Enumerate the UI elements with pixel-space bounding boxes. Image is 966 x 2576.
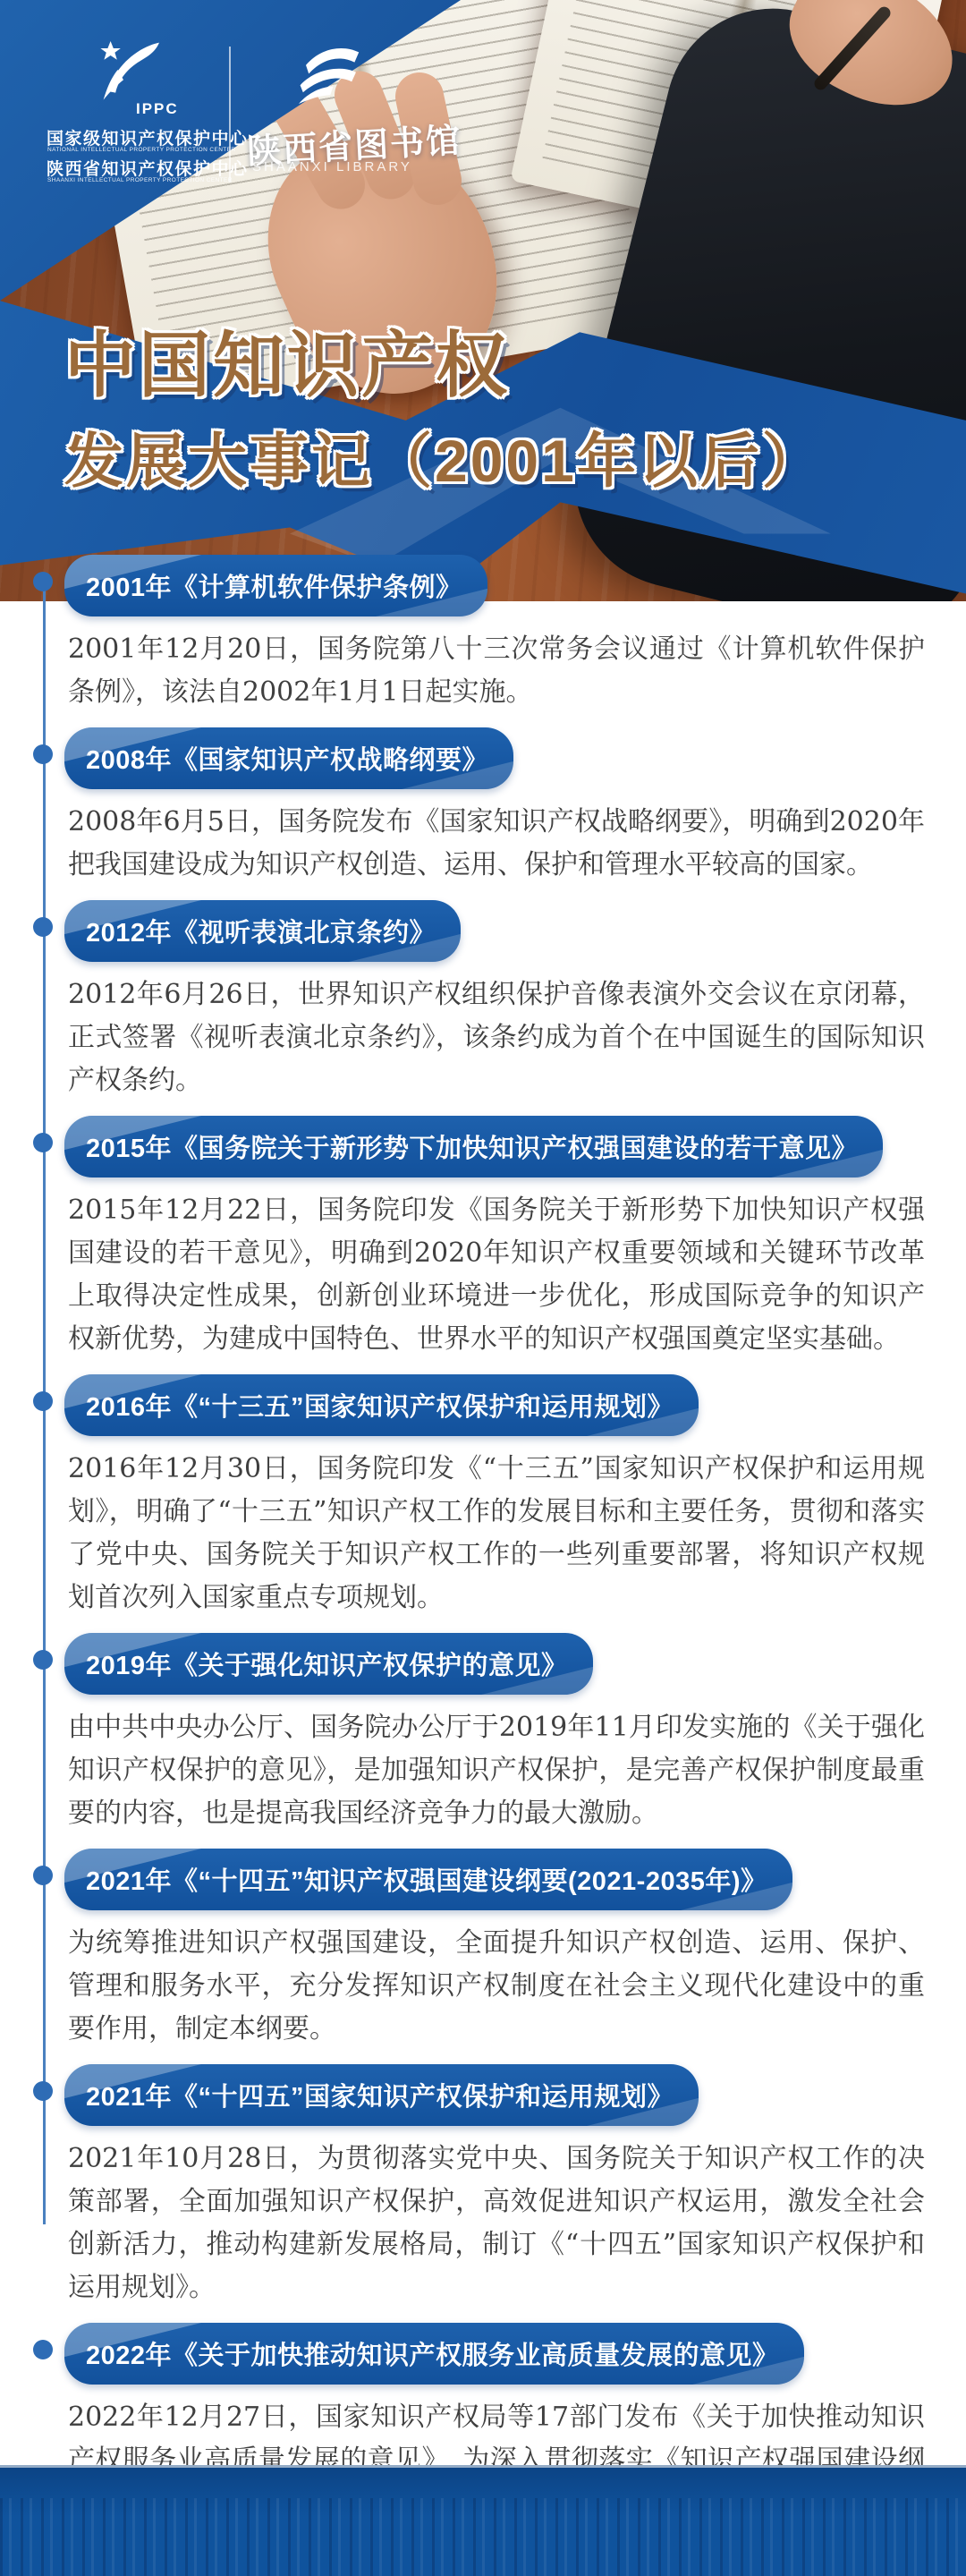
- year-title-pill: 2022年《关于加快推动知识产权服务业高质量发展的意见》: [64, 2323, 804, 2385]
- ippc-abbr: IPPC: [136, 100, 179, 118]
- year-title-pill: 2016年《“十三五”国家知识产权保护和运用规划》: [64, 1374, 699, 1436]
- timeline-section: 2001年《计算机软件保护条例》 2001年12月20日，国务院第八十三次常务会…: [64, 555, 927, 714]
- ippc-logo-icon: [89, 34, 172, 106]
- ippc-name-cn: 国家级知识产权保护中心: [47, 125, 249, 149]
- timeline-dot: [33, 2340, 53, 2359]
- timeline-dot: [33, 744, 53, 764]
- logo-group: IPPC 国家级知识产权保护中心 NATIONAL INTELLECTUAL P…: [0, 0, 465, 224]
- library-name-en: SHAANXI LIBRARY: [252, 159, 412, 174]
- year-title-label: 2008年《国家知识产权战略纲要》: [86, 746, 488, 775]
- poster-title-line2: 发展大事记（2001年以后）: [64, 413, 824, 498]
- timeline-section: 2021年《“十四五”知识产权强国建设纲要(2021-2035年)》 为统筹推进…: [64, 1849, 927, 2051]
- timeline-dot: [33, 1866, 53, 1885]
- timeline-dot: [33, 1133, 53, 1152]
- timeline-section: 2019年《关于强化知识产权保护的意见》 由中共中央办公厅、国务院办公厅于201…: [64, 1633, 927, 1835]
- year-title-pill: 2012年《视听表演北京条约》: [64, 900, 461, 962]
- year-title-label: 2021年《“十四五”知识产权强国建设纲要(2021-2035年)》: [86, 1867, 767, 1896]
- year-title-pill: 2008年《国家知识产权战略纲要》: [64, 727, 513, 789]
- event-description: 为统筹推进知识产权强国建设，全面提升知识产权创造、运用、保护、管理和服务水平，充…: [68, 1922, 925, 2051]
- year-title-pill: 2019年《关于强化知识产权保护的意见》: [64, 1633, 593, 1695]
- event-description: 2001年12月20日，国务院第八十三次常务会议通过《计算机软件保护条例》，该法…: [68, 628, 925, 714]
- year-title-pill: 2015年《国务院关于新形势下加快知识产权强国建设的若干意见》: [64, 1116, 883, 1177]
- year-title-label: 2012年《视听表演北京条约》: [86, 919, 436, 948]
- year-title-label: 2022年《关于加快推动知识产权服务业高质量发展的意见》: [86, 2342, 779, 2370]
- timeline-section: 2015年《国务院关于新形势下加快知识产权强国建设的若干意见》 2015年12月…: [64, 1116, 927, 1361]
- timeline-section: 2021年《“十四五”国家知识产权保护和运用规划》 2021年10月28日，为贯…: [64, 2064, 927, 2309]
- year-title-label: 2019年《关于强化知识产权保护的意见》: [86, 1652, 568, 1680]
- year-title-pill: 2001年《计算机软件保护条例》: [64, 555, 487, 616]
- year-title-label: 2015年《国务院关于新形势下加快知识产权强国建设的若干意见》: [86, 1135, 858, 1163]
- year-title-label: 2001年《计算机软件保护条例》: [86, 574, 462, 602]
- event-description: 由中共中央办公厅、国务院办公厅于2019年11月印发实施的《关于强化知识产权保护…: [68, 1706, 925, 1835]
- timeline-dot: [33, 2081, 53, 2101]
- timeline-section: 2016年《“十三五”国家知识产权保护和运用规划》 2016年12月30日，国务…: [64, 1374, 927, 1620]
- timeline-dot: [33, 1391, 53, 1411]
- event-description: 2008年6月5日，国务院发布《国家知识产权战略纲要》，明确到2020年把我国建…: [68, 801, 925, 887]
- event-description: 2015年12月22日，国务院印发《国务院关于新形势下加快知识产权强国建设的若干…: [68, 1189, 925, 1361]
- timeline-sections: 2001年《计算机软件保护条例》 2001年12月20日，国务院第八十三次常务会…: [0, 555, 966, 2576]
- year-title-label: 2016年《“十三五”国家知识产权保护和运用规划》: [86, 1393, 674, 1422]
- footer-curtain: [0, 2465, 966, 2576]
- library-logo-icon: [284, 36, 370, 115]
- timeline-section: 2012年《视听表演北京条约》 2012年6月26日，世界知识产权组织保护音像表…: [64, 900, 927, 1102]
- year-title-pill: 2021年《“十四五”国家知识产权保护和运用规划》: [64, 2064, 699, 2126]
- timeline-dot: [33, 917, 53, 937]
- timeline-dot: [33, 572, 53, 591]
- curtain-stripes: [0, 2498, 966, 2576]
- logo-divider: [229, 47, 231, 183]
- shaanxi-center-name-en: SHAANXI INTELLECTUAL PROPERTY PROTECTION…: [47, 177, 233, 183]
- event-description: 2016年12月30日，国务院印发《“十三五”国家知识产权保护和运用规划》，明确…: [68, 1448, 925, 1620]
- poster-page: IPPC 国家级知识产权保护中心 NATIONAL INTELLECTUAL P…: [0, 0, 966, 2576]
- timeline-section: 2008年《国家知识产权战略纲要》 2008年6月5日，国务院发布《国家知识产权…: [64, 727, 927, 887]
- shaanxi-center-name-cn: 陕西省知识产权保护中心: [47, 156, 249, 180]
- year-title-pill: 2021年《“十四五”知识产权强国建设纲要(2021-2035年)》: [64, 1849, 792, 1910]
- year-title-label: 2021年《“十四五”国家知识产权保护和运用规划》: [86, 2083, 674, 2112]
- poster-title-line1: 中国知识产权: [64, 308, 510, 411]
- event-description: 2012年6月26日，世界知识产权组织保护音像表演外交会议在京闭幕，正式签署《视…: [68, 973, 925, 1102]
- timeline-dot: [33, 1650, 53, 1670]
- ippc-name-en: NATIONAL INTELLECTUAL PROPERTY PROTECTIO…: [47, 147, 236, 153]
- event-description: 2021年10月28日，为贯彻落实党中央、国务院关于知识产权工作的决策部署，全面…: [68, 2138, 925, 2309]
